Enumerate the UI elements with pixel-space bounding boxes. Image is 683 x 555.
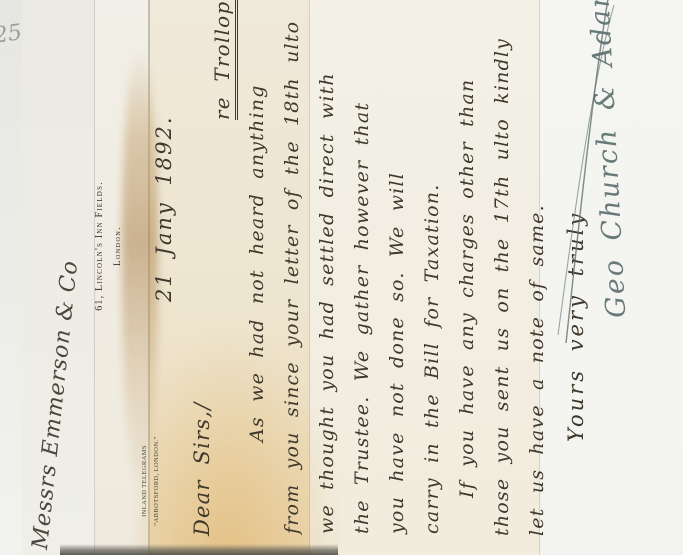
telegram-line-1: Inland Telegrams: [139, 435, 151, 527]
letterhead-address: 61, Lincoln's Inn Fields.: [94, 180, 105, 312]
letter-line: If you have any charges other than: [456, 79, 478, 498]
subject-line: re Trollope.: [210, 0, 234, 120]
letter-line: those you sent us on the 17th ulto kindl…: [491, 38, 513, 536]
salutation: Dear Sirs,/: [190, 402, 214, 536]
photo-left-edge: [0, 0, 22, 555]
letter-body-rotated: 21 Jany 1892. Dear Sirs,/ re Trollope. A…: [150, 5, 670, 550]
scanned-letter-photo: 25 Messrs Emmerson & Co 61, Lincoln's In…: [0, 0, 683, 555]
letter-line: from you since your letter of the 18th u…: [281, 21, 303, 534]
letter-line: let us have a note of same.: [526, 204, 548, 536]
letter-line: carry in the Bill for Taxation.: [421, 184, 443, 534]
letter-line: As we had not heard anything: [246, 84, 268, 442]
letter-date: 21 Jany 1892.: [152, 115, 176, 302]
subject-text: re Trollope.: [210, 0, 238, 120]
letterhead-city: London.: [112, 180, 122, 312]
letter-line: the Trustee. We gather however that: [351, 102, 373, 534]
letter-line: you have not done so. We will: [386, 172, 408, 534]
pencil-number: 25: [0, 20, 24, 49]
letterhead: 61, Lincoln's Inn Fields. London.: [94, 180, 142, 312]
letter-line: we thought you had settled direct with: [316, 72, 338, 534]
